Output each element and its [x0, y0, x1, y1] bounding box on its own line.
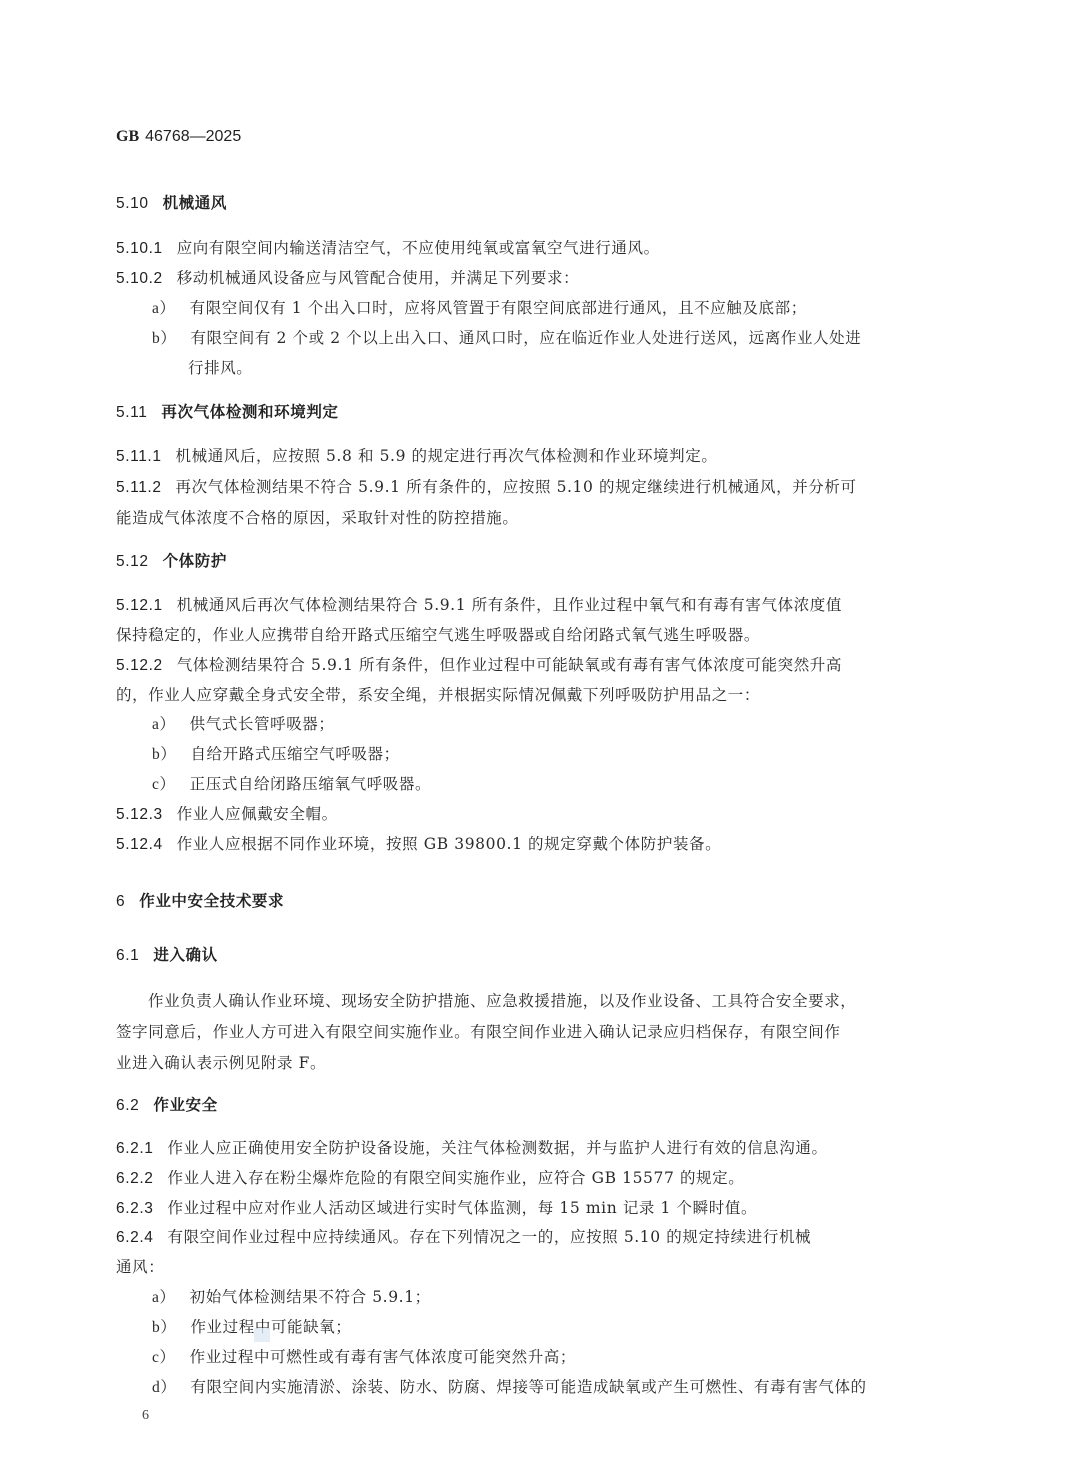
section-heading-6-1: 6.1进入确认	[116, 940, 956, 971]
standard-code-header: GB46768—2025	[116, 128, 241, 146]
document-page: GB46768—2025 5.10机械通风 5.10.1应向有限空间内输送清洁空…	[0, 0, 1080, 1467]
list-item-6-2-4-c: c）作业过程中可燃性或有毒有害气体浓度可能突然升高；	[152, 1342, 992, 1373]
clause-5-12-4: 5.12.4作业人应根据不同作业环境，按照 GB 39800.1 的规定穿戴个体…	[116, 829, 956, 860]
clause-5-12-3: 5.12.3作业人应佩戴安全帽。	[116, 799, 956, 830]
clause-5-11-2: 5.11.2再次气体检测结果不符合 5.9.1 所有条件的，应按照 5.10 的…	[116, 472, 956, 503]
list-item-5-10-2-b-cont: 行排风。	[188, 353, 1028, 383]
scan-artifact	[254, 1328, 270, 1342]
chapter-heading-6: 6作业中安全技术要求	[116, 886, 956, 917]
paragraph-6-1-line-1: 作业负责人确认作业环境、现场安全防护措施、应急救援措施，以及作业设备、工具符合安…	[148, 986, 988, 1016]
list-item-5-12-2-c: c）正压式自给闭路压缩氧气呼吸器。	[152, 769, 992, 800]
clause-6-2-4-cont: 通风：	[116, 1252, 956, 1282]
clause-5-10-1: 5.10.1应向有限空间内输送清洁空气，不应使用纯氧或富氧空气进行通风。	[116, 233, 956, 264]
clause-5-11-2-cont: 能造成气体浓度不合格的原因，采取针对性的防控措施。	[116, 503, 956, 533]
paragraph-6-1-line-2: 签字同意后，作业人方可进入有限空间实施作业。有限空间作业进入确认记录应归档保存，…	[116, 1017, 956, 1047]
clause-5-12-1-cont: 保持稳定的，作业人应携带自给开路式压缩空气逃生呼吸器或自给闭路式氧气逃生呼吸器。	[116, 620, 956, 650]
section-heading-6-2: 6.2作业安全	[116, 1090, 956, 1121]
list-item-5-10-2-a: a）有限空间仅有 1 个出入口时，应将风管置于有限空间底部进行通风，且不应触及底…	[152, 293, 992, 324]
section-heading-5-12: 5.12个体防护	[116, 546, 956, 577]
clause-5-12-1: 5.12.1机械通风后再次气体检测结果符合 5.9.1 所有条件，且作业过程中氧…	[116, 590, 956, 621]
clause-6-2-1: 6.2.1作业人应正确使用安全防护设备设施，关注气体检测数据，并与监护人进行有效…	[116, 1133, 956, 1164]
standard-prefix: GB	[116, 128, 139, 145]
clause-5-12-2-cont: 的，作业人应穿戴全身式安全带，系安全绳，并根据实际情况佩戴下列呼吸防护用品之一：	[116, 680, 956, 710]
paragraph-6-1-line-3: 业进入确认表示例见附录 F。	[116, 1048, 956, 1078]
section-heading-5-11: 5.11再次气体检测和环境判定	[116, 397, 956, 428]
clause-5-11-1: 5.11.1机械通风后，应按照 5.8 和 5.9 的规定进行再次气体检测和作业…	[116, 441, 956, 472]
list-item-6-2-4-a: a）初始气体检测结果不符合 5.9.1；	[152, 1282, 992, 1313]
list-item-6-2-4-b: b）作业过程中可能缺氧；	[152, 1312, 992, 1343]
list-item-6-2-4-d: d）有限空间内实施清淤、涂装、防水、防腐、焊接等可能造成缺氧或产生可燃性、有毒有…	[152, 1372, 992, 1403]
clause-5-12-2: 5.12.2气体检测结果符合 5.9.1 所有条件，但作业过程中可能缺氧或有毒有…	[116, 650, 956, 681]
list-item-5-12-2-b: b）自给开路式压缩空气呼吸器；	[152, 739, 992, 770]
section-heading-5-10: 5.10机械通风	[116, 188, 956, 219]
standard-number: 46768—2025	[145, 128, 241, 145]
clause-6-2-3: 6.2.3作业过程中应对作业人活动区域进行实时气体监测，每 15 min 记录 …	[116, 1193, 956, 1224]
clause-6-2-4: 6.2.4有限空间作业过程中应持续通风。存在下列情况之一的，应按照 5.10 的…	[116, 1222, 956, 1253]
clause-5-10-2: 5.10.2移动机械通风设备应与风管配合使用，并满足下列要求：	[116, 263, 956, 294]
list-item-5-12-2-a: a）供气式长管呼吸器；	[152, 709, 992, 740]
list-item-5-10-2-b: b）有限空间有 2 个或 2 个以上出入口、通风口时，应在临近作业人处进行送风，…	[152, 323, 992, 354]
clause-6-2-2: 6.2.2作业人进入存在粉尘爆炸危险的有限空间实施作业，应符合 GB 15577…	[116, 1163, 956, 1194]
page-number: 6	[142, 1408, 149, 1424]
